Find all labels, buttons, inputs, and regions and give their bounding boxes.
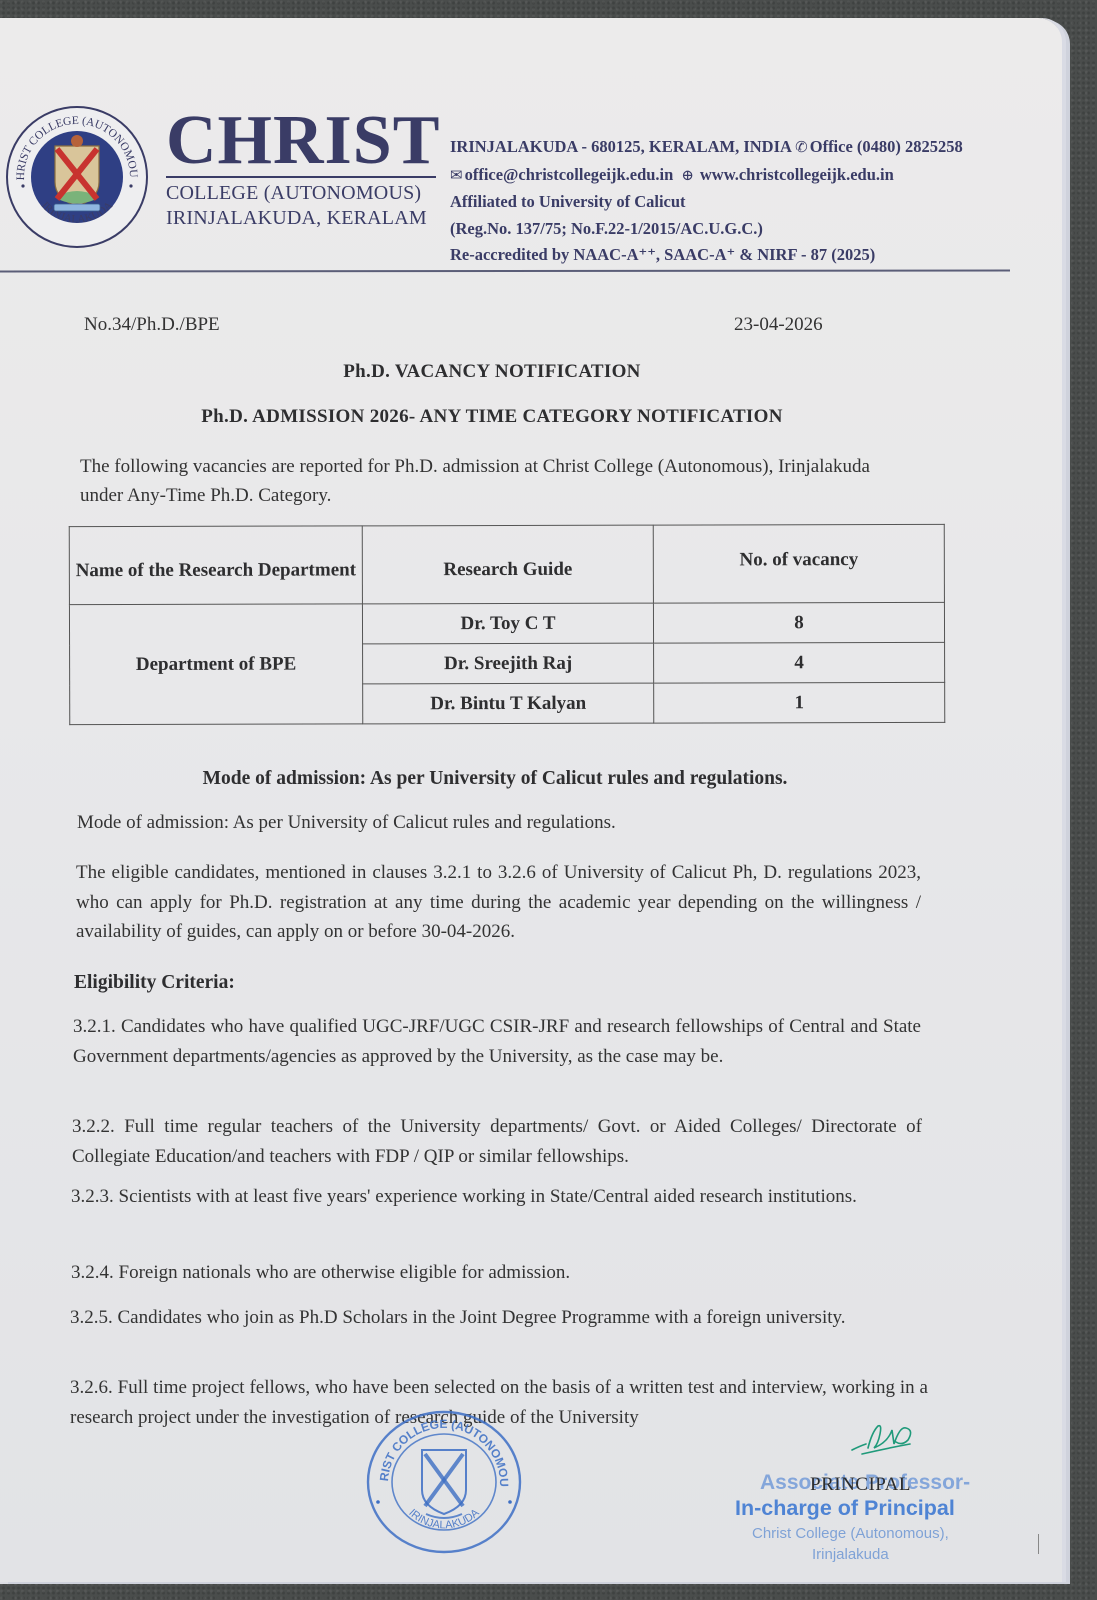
document-title: Ph.D. VACANCY NOTIFICATION — [0, 361, 984, 383]
contact-block: IRINJALAKUDA - 680125, KERALAM, INDIA ✆O… — [450, 134, 963, 269]
signature-icon — [848, 1418, 928, 1458]
guide-cell: Dr. Bintu T Kalyan — [363, 683, 654, 724]
contact-web-line: ✉office@christcollegeijk.edu.in ⊕ www.ch… — [450, 162, 963, 190]
criteria-item: 3.2.3. Scientists with at least five yea… — [71, 1182, 923, 1212]
email-link[interactable]: office@christcollegeijk.edu.in — [465, 165, 674, 184]
address: IRINJALAKUDA - 680125, KERALAM, INDIA — [450, 137, 791, 156]
vacancy-cell: 8 — [653, 602, 944, 643]
mail-icon: ✉ — [450, 163, 463, 190]
registration: (Reg.No. 137/75; No.F.22-1/2015/AC.U.G.C… — [450, 216, 963, 243]
affiliation: Affiliated to University of Calicut — [450, 189, 963, 216]
table-row: Department of BPE Dr. Toy C T 8 — [69, 602, 944, 644]
globe-icon: ⊕ — [677, 163, 693, 190]
criteria-item: 3.2.1. Candidates who have qualified UGC… — [73, 1012, 921, 1071]
website-link[interactable]: www.christcollegeijk.edu.in — [700, 165, 894, 184]
criteria-item: 3.2.2. Full time regular teachers of the… — [72, 1112, 922, 1171]
college-seal-stamp-icon: CHRIST COLLEGE (AUTONOMOUS) IRINJALAKUDA — [364, 1406, 524, 1556]
signatory-title: PRINCIPAL — [810, 1474, 911, 1496]
eligible-paragraph: The eligible candidates, mentioned in cl… — [76, 858, 921, 947]
header-divider — [0, 270, 1010, 273]
paper-fold-mark — [1038, 1534, 1046, 1554]
intro-paragraph: The following vacancies are reported for… — [80, 452, 900, 510]
department-cell: Department of BPE — [69, 604, 362, 725]
reference-number: No.34/Ph.D./BPE — [84, 314, 220, 336]
brand-name: CHRIST — [166, 108, 438, 174]
criteria-item: 3.2.4. Foreign nationals who are otherwi… — [71, 1258, 923, 1288]
stamp-location: Irinjalakuda — [812, 1542, 889, 1568]
contact-address-line: IRINJALAKUDA - 680125, KERALAM, INDIA ✆O… — [450, 134, 963, 162]
phone: Office (0480) 2825258 — [810, 137, 963, 156]
document-page: CHRIST COLLEGE (AUTONOMOUS) IRINJALAKUDA… — [0, 18, 1062, 1582]
header-department: Name of the Research Department — [69, 526, 362, 605]
vacancy-cell: 4 — [654, 642, 945, 683]
document-subtitle: Ph.D. ADMISSION 2026- ANY TIME CATEGORY … — [0, 406, 984, 428]
guide-cell: Dr. Sreejith Raj — [363, 643, 654, 684]
phone-icon: ✆ — [795, 135, 808, 162]
header-vacancy: No. of vacancy — [653, 524, 944, 603]
eligibility-heading: Eligibility Criteria: — [74, 972, 235, 994]
guide-cell: Dr. Toy C T — [362, 603, 653, 644]
brand-subtitle: COLLEGE (AUTONOMOUS) — [166, 181, 438, 206]
mode-heading: Mode of admission: As per University of … — [0, 768, 990, 790]
accreditation: Re-accredited by NAAC-A⁺⁺, SAAC-A⁺ & NIR… — [450, 242, 963, 269]
stamp-designation-line2: In-charge of Principal — [735, 1495, 955, 1521]
header-guide: Research Guide — [362, 525, 653, 604]
vacancy-cell: 1 — [654, 682, 945, 723]
mode-text: Mode of admission: As per University of … — [77, 812, 616, 834]
table-header-row: Name of the Research Department Research… — [69, 524, 944, 604]
vacancy-table: Name of the Research Department Research… — [69, 524, 946, 725]
document-date: 23-04-2026 — [734, 314, 823, 336]
svg-text:CHRIST COLLEGE (AUTONOMOUS): CHRIST COLLEGE (AUTONOMOUS) — [364, 1406, 511, 1487]
college-crest-seal-icon: CHRIST COLLEGE (AUTONOMOUS) IRINJALAKUDA — [4, 104, 150, 250]
brand-location: IRINJALAKUDA, KERALAM — [166, 206, 438, 231]
criteria-item: 3.2.5. Candidates who join as Ph.D Schol… — [70, 1303, 926, 1333]
college-brand: CHRIST COLLEGE (AUTONOMOUS) IRINJALAKUDA… — [166, 108, 438, 231]
